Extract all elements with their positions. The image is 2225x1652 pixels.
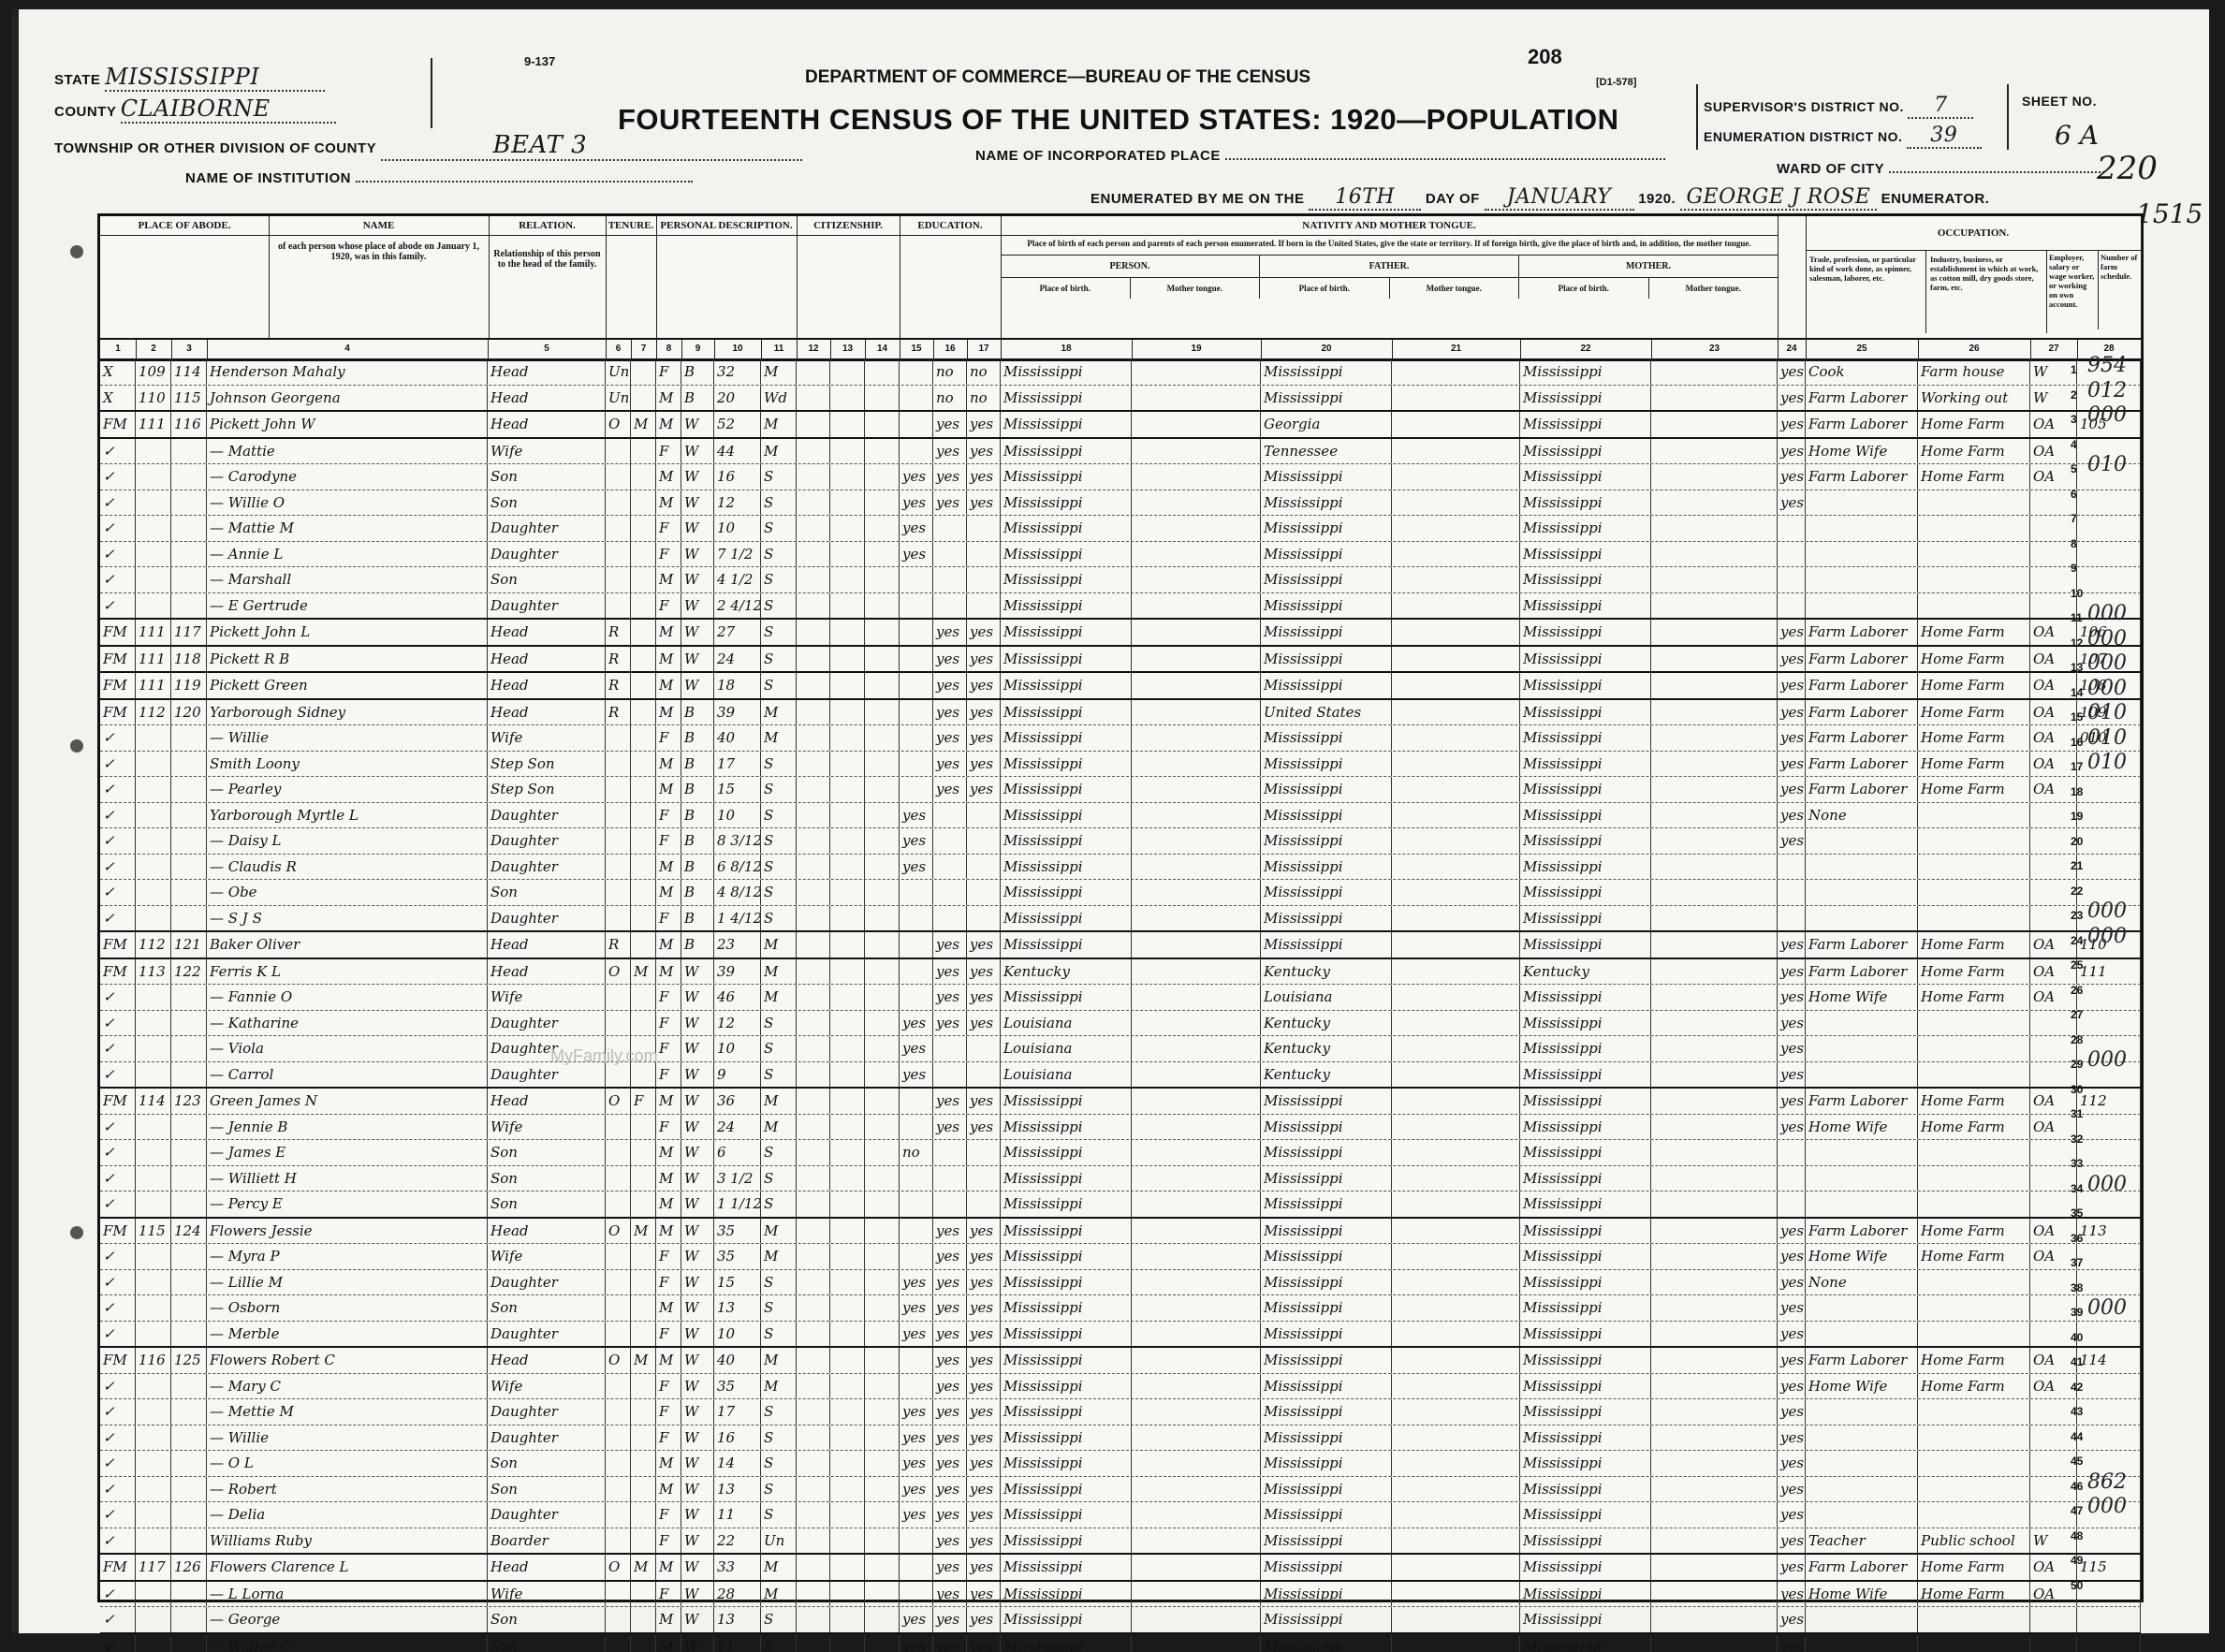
cell-mpob: Mississippi xyxy=(1520,1634,1651,1652)
cell-read: yes xyxy=(933,700,967,725)
cell-ftongue xyxy=(1392,828,1520,854)
cell-c13 xyxy=(797,1634,830,1652)
cell-mar: S xyxy=(761,855,797,880)
column-number: 26 xyxy=(1918,340,2031,358)
cell-write: yes xyxy=(967,1477,1001,1502)
cell-pob: Mississippi xyxy=(1001,1374,1132,1399)
table-row: ✓— DeliaDaughterFW11SyesyesyesMississipp… xyxy=(100,1502,2141,1528)
cell-pob: Mississippi xyxy=(1001,620,1132,645)
cell-rel: Wife xyxy=(488,725,606,751)
cell-own xyxy=(606,1322,631,1347)
department-heading: DEPARTMENT OF COMMERCE—BUREAU OF THE CEN… xyxy=(805,67,1310,88)
cell-mort xyxy=(631,985,656,1010)
cell-c14 xyxy=(830,855,865,880)
cell-read: yes xyxy=(933,932,967,958)
cell-c14 xyxy=(830,647,865,672)
cell-family xyxy=(171,1270,207,1295)
table-row: ✓— L LornaWifeFW28MyesyesMississippiMiss… xyxy=(100,1582,2141,1608)
cell-c13 xyxy=(797,1582,830,1607)
cell-sex: F xyxy=(656,906,681,931)
cell-eng xyxy=(1778,855,1806,880)
cell-name: — Osborn xyxy=(207,1295,488,1321)
cell-c15 xyxy=(865,880,900,905)
table-row: ✓— WillieDaughterFW16SyesyesyesMississip… xyxy=(100,1425,2141,1452)
cell-street: ✓ xyxy=(100,828,136,854)
cell-c14 xyxy=(830,567,865,592)
cell-mar: S xyxy=(761,1036,797,1061)
cell-ptongue xyxy=(1132,567,1261,592)
cell-ptongue xyxy=(1132,828,1261,854)
cell-mtongue xyxy=(1651,880,1778,905)
cell-ptongue xyxy=(1132,1219,1261,1244)
cell-name: — Walter C xyxy=(207,1634,488,1652)
cell-c15 xyxy=(865,412,900,437)
cell-age: 1 4/12 xyxy=(714,906,761,931)
cell-ptongue xyxy=(1132,464,1261,490)
row-number: 23 xyxy=(2071,909,2083,922)
cell-age: 6 8/12 xyxy=(714,855,761,880)
cell-write xyxy=(967,828,1001,854)
cell-mort xyxy=(631,1115,656,1140)
cell-read: yes xyxy=(933,1295,967,1321)
column-number: 5 xyxy=(488,340,607,358)
cell-fpob: Mississippi xyxy=(1261,359,1392,385)
cell-name: — Lillie M xyxy=(207,1270,488,1295)
cell-race: W xyxy=(681,1374,714,1399)
cell-c15 xyxy=(865,1244,900,1269)
table-row: ✓— GeorgeSonMW13SyesyesyesMississippiMis… xyxy=(100,1607,2141,1634)
cell-pob: Mississippi xyxy=(1001,1607,1132,1632)
cell-mort xyxy=(631,1607,656,1632)
cell-eng: yes xyxy=(1778,700,1806,725)
cell-write: yes xyxy=(967,1270,1001,1295)
cell-rel: Daughter xyxy=(488,906,606,931)
cell-fpob: Mississippi xyxy=(1261,620,1392,645)
cell-rel: Wife xyxy=(488,1582,606,1607)
cell-fpob: Mississippi xyxy=(1261,1244,1392,1269)
column-number: 18 xyxy=(1001,340,1133,358)
cell-c14 xyxy=(830,359,865,385)
cell-ftongue xyxy=(1392,1502,1520,1528)
cell-read: yes xyxy=(933,985,967,1010)
cell-family: 114 xyxy=(171,359,207,385)
cell-sch xyxy=(900,567,933,592)
column-number: 20 xyxy=(1261,340,1393,358)
cell-ftongue xyxy=(1392,1191,1520,1217)
cell-street: FM xyxy=(100,932,136,958)
cell-mort xyxy=(631,359,656,385)
cell-house xyxy=(136,1582,171,1607)
cell-ftongue xyxy=(1392,1062,1520,1088)
cell-ftongue xyxy=(1392,1451,1520,1476)
cell-own: O xyxy=(606,1348,631,1373)
cell-sex: F xyxy=(656,1115,681,1140)
cell-read: yes xyxy=(933,959,967,985)
cell-mpob: Mississippi xyxy=(1520,1244,1651,1269)
cell-ind xyxy=(1918,1477,2030,1502)
cell-trade: Farm Laborer xyxy=(1806,412,1918,437)
cell-street: ✓ xyxy=(100,1399,136,1425)
cell-street: ✓ xyxy=(100,1451,136,1476)
cell-mtongue xyxy=(1651,725,1778,751)
cell-sex: F xyxy=(656,1036,681,1061)
row-number: 11 xyxy=(2071,611,2083,624)
cell-house xyxy=(136,490,171,516)
cell-sch xyxy=(900,906,933,931)
cell-fpob: Mississippi xyxy=(1261,906,1392,931)
table-row: ✓— OsbornSonMW13SyesyesyesMississippiMis… xyxy=(100,1295,2141,1322)
cell-own xyxy=(606,803,631,828)
cell-name: Baker Oliver xyxy=(207,932,488,958)
cell-sch xyxy=(900,932,933,958)
cell-mtongue xyxy=(1651,620,1778,645)
cell-mpob: Mississippi xyxy=(1520,490,1651,516)
cell-mpob: Mississippi xyxy=(1520,464,1651,490)
cell-age: 40 xyxy=(714,725,761,751)
table-row: ✓Yarborough Myrtle LDaughterFB10SyesMiss… xyxy=(100,803,2141,829)
cell-sex: M xyxy=(656,1451,681,1476)
day-of-label: DAY OF xyxy=(1426,191,1480,207)
cell-rel: Daughter xyxy=(488,803,606,828)
cell-mtongue xyxy=(1651,1270,1778,1295)
cell-trade: Home Wife xyxy=(1806,985,1918,1010)
cell-pob: Louisiana xyxy=(1001,1036,1132,1061)
cell-c15 xyxy=(865,673,900,698)
cell-eng: yes xyxy=(1778,959,1806,985)
cell-sch: yes xyxy=(900,542,933,567)
cell-fpob: Georgia xyxy=(1261,412,1392,437)
cell-ind xyxy=(1918,880,2030,905)
table-row: ✓— Willie OSonMW12SyesyesyesMississippiM… xyxy=(100,490,2141,517)
row-number: 47 xyxy=(2071,1504,2083,1517)
column-number: 9 xyxy=(681,340,715,358)
cell-read: yes xyxy=(933,439,967,464)
cell-pob: Mississippi xyxy=(1001,828,1132,854)
cell-age: 39 xyxy=(714,700,761,725)
cell-mpob: Mississippi xyxy=(1520,620,1651,645)
cell-ftongue xyxy=(1392,1036,1520,1061)
cell-eng: yes xyxy=(1778,1374,1806,1399)
table-row: ✓— RobertSonMW13SyesyesyesMississippiMis… xyxy=(100,1477,2141,1503)
cell-mpob: Mississippi xyxy=(1520,932,1651,958)
cell-eng xyxy=(1778,542,1806,567)
cell-family xyxy=(171,567,207,592)
table-row: ✓— Myra PWifeFW35MyesyesMississippiMissi… xyxy=(100,1244,2141,1270)
cell-ptongue xyxy=(1132,777,1261,802)
cell-eng: yes xyxy=(1778,1322,1806,1347)
row-number: 9 xyxy=(2071,562,2077,575)
cell-age: 23 xyxy=(714,932,761,958)
cell-c14 xyxy=(830,1219,865,1244)
cell-sch xyxy=(900,1089,933,1114)
cell-ind: Working out xyxy=(1918,386,2030,411)
cell-mtongue xyxy=(1651,803,1778,828)
row-number: 25 xyxy=(2071,958,2083,972)
cell-house: 116 xyxy=(136,1348,171,1373)
cell-age: 10 xyxy=(714,1036,761,1061)
cell-pob: Mississippi xyxy=(1001,752,1132,777)
cell-pob: Mississippi xyxy=(1001,490,1132,516)
cell-street: ✓ xyxy=(100,1244,136,1269)
cell-house xyxy=(136,1270,171,1295)
cell-c13 xyxy=(797,1607,830,1632)
cell-mar: S xyxy=(761,1322,797,1347)
cell-farm xyxy=(2077,777,2141,802)
cell-ptongue xyxy=(1132,1036,1261,1061)
cell-write: yes xyxy=(967,777,1001,802)
cell-mort xyxy=(631,1191,656,1217)
cell-trade: Home Wife xyxy=(1806,1374,1918,1399)
cell-ind xyxy=(1918,1062,2030,1088)
cell-c13 xyxy=(797,673,830,698)
cell-age: 3 1/2 xyxy=(714,1166,761,1191)
cell-ptongue xyxy=(1132,1115,1261,1140)
cell-ptongue xyxy=(1132,359,1261,385)
cell-fpob: Mississippi xyxy=(1261,464,1392,490)
cell-rel: Son xyxy=(488,1477,606,1502)
cell-own: R xyxy=(606,647,631,672)
cell-write xyxy=(967,1140,1001,1165)
cell-c14 xyxy=(830,1036,865,1061)
cell-race: W xyxy=(681,959,714,985)
cell-own xyxy=(606,1244,631,1269)
cell-farm xyxy=(2077,1374,2141,1399)
cell-pob: Mississippi xyxy=(1001,1348,1132,1373)
cell-sch: yes xyxy=(900,1607,933,1632)
cell-c13 xyxy=(797,1477,830,1502)
cell-mar: M xyxy=(761,1219,797,1244)
cell-farm xyxy=(2077,490,2141,516)
cell-sex: F xyxy=(656,359,681,385)
header-father: FATHER. xyxy=(1260,256,1519,277)
cell-mar: M xyxy=(761,932,797,958)
cell-family: 120 xyxy=(171,700,207,725)
row-number: 28 xyxy=(2071,1033,2083,1046)
cell-mpob: Mississippi xyxy=(1520,386,1651,411)
cell-write: yes xyxy=(967,1607,1001,1632)
cell-street: ✓ xyxy=(100,880,136,905)
cell-mtongue xyxy=(1651,647,1778,672)
cell-rel: Daughter xyxy=(488,1322,606,1347)
cell-own xyxy=(606,777,631,802)
cell-write: yes xyxy=(967,1322,1001,1347)
cell-farm xyxy=(2077,516,2141,541)
cell-ftongue xyxy=(1392,725,1520,751)
cell-trade: Farm Laborer xyxy=(1806,1089,1918,1114)
cell-c15 xyxy=(865,1374,900,1399)
cell-trade xyxy=(1806,490,1918,516)
cell-name: — L Lorna xyxy=(207,1582,488,1607)
enumerated-label: ENUMERATED BY ME ON THE xyxy=(1091,191,1304,207)
cell-mpob: Mississippi xyxy=(1520,1451,1651,1476)
cell-read: yes xyxy=(933,1322,967,1347)
cell-read: yes xyxy=(933,1244,967,1269)
cell-mtongue xyxy=(1651,1322,1778,1347)
cell-read: yes xyxy=(933,1528,967,1554)
cell-c13 xyxy=(797,932,830,958)
row-number: 36 xyxy=(2071,1232,2083,1245)
cell-mtongue xyxy=(1651,1166,1778,1191)
cell-name: Pickett John L xyxy=(207,620,488,645)
cell-sch: yes xyxy=(900,1011,933,1036)
cell-fpob: Kentucky xyxy=(1261,959,1392,985)
cell-own xyxy=(606,1399,631,1425)
cell-mpob: Mississippi xyxy=(1520,1219,1651,1244)
cell-age: 52 xyxy=(714,412,761,437)
cell-read: yes xyxy=(933,1425,967,1451)
cell-street: ✓ xyxy=(100,777,136,802)
cell-eng xyxy=(1778,880,1806,905)
cell-read xyxy=(933,1036,967,1061)
cell-house: 114 xyxy=(136,1089,171,1114)
cell-mpob: Mississippi xyxy=(1520,1425,1651,1451)
cell-mort: M xyxy=(631,1555,656,1580)
cell-ind: Farm house xyxy=(1918,359,2030,385)
cell-mtongue xyxy=(1651,1528,1778,1554)
cell-name: — Willie O xyxy=(207,490,488,516)
cell-age: 17 xyxy=(714,1399,761,1425)
cell-ind xyxy=(1918,803,2030,828)
cell-mpob: Mississippi xyxy=(1520,1270,1651,1295)
cell-trade xyxy=(1806,1140,1918,1165)
cell-family xyxy=(171,828,207,854)
cell-mort xyxy=(631,1244,656,1269)
row-number: 43 xyxy=(2071,1405,2083,1418)
cell-c15 xyxy=(865,1634,900,1652)
cell-rel: Son xyxy=(488,1451,606,1476)
cell-ind: Public school xyxy=(1918,1528,2030,1554)
state-field: STATE Mississippi xyxy=(54,64,325,92)
cell-rel: Head xyxy=(488,1219,606,1244)
cell-c14 xyxy=(830,1062,865,1088)
cell-c13 xyxy=(797,567,830,592)
column-number: 14 xyxy=(865,340,900,358)
cell-own: Un xyxy=(606,359,631,385)
row-number: 39 xyxy=(2071,1306,2083,1319)
cell-family: 121 xyxy=(171,932,207,958)
cell-sch xyxy=(900,1244,933,1269)
cell-c14 xyxy=(830,1295,865,1321)
cell-mtongue xyxy=(1651,1089,1778,1114)
cell-ind xyxy=(1918,1011,2030,1036)
cell-mpob: Mississippi xyxy=(1520,673,1651,698)
cell-ind xyxy=(1918,542,2030,567)
cell-rel: Head xyxy=(488,359,606,385)
cell-mpob: Mississippi xyxy=(1520,1582,1651,1607)
cell-mtongue xyxy=(1651,1348,1778,1373)
cell-mort xyxy=(631,620,656,645)
punch-hole xyxy=(70,739,83,753)
cell-family: 119 xyxy=(171,673,207,698)
cell-read xyxy=(933,1166,967,1191)
cell-ind xyxy=(1918,1322,2030,1347)
cell-c14 xyxy=(830,959,865,985)
cell-pob: Mississippi xyxy=(1001,567,1132,592)
cell-mar: S xyxy=(761,828,797,854)
cell-street: ✓ xyxy=(100,1425,136,1451)
cell-c14 xyxy=(830,673,865,698)
cell-read xyxy=(933,542,967,567)
cell-sch: yes xyxy=(900,516,933,541)
margin-code: 012 xyxy=(2087,379,2127,402)
cell-c13 xyxy=(797,1451,830,1476)
cell-mort xyxy=(631,1425,656,1451)
table-row: ✓— CarrolDaughterFW9SyesLouisianaKentuck… xyxy=(100,1062,2141,1089)
cell-mtongue xyxy=(1651,359,1778,385)
cell-family xyxy=(171,1502,207,1528)
cell-c15 xyxy=(865,906,900,931)
cell-fpob: Mississippi xyxy=(1261,725,1392,751)
cell-ptongue xyxy=(1132,1582,1261,1607)
cell-farm: 111 xyxy=(2077,959,2141,985)
cell-eng: yes xyxy=(1778,1528,1806,1554)
cell-age: 10 xyxy=(714,1322,761,1347)
margin-code: 000 xyxy=(2087,1495,2127,1518)
cell-mtongue xyxy=(1651,464,1778,490)
cell-eng: yes xyxy=(1778,1582,1806,1607)
cell-age: 15 xyxy=(714,1270,761,1295)
cell-write: yes xyxy=(967,1502,1001,1528)
cell-ptongue xyxy=(1132,803,1261,828)
cell-eng xyxy=(1778,593,1806,619)
cell-street: ✓ xyxy=(100,855,136,880)
sheet-number-value: 6 A xyxy=(2055,120,2099,151)
cell-ftongue xyxy=(1392,593,1520,619)
cell-mtongue xyxy=(1651,1634,1778,1652)
cell-race: W xyxy=(681,1502,714,1528)
table-row: FM112120Yarborough SidneyHeadRMB39Myesye… xyxy=(100,700,2141,726)
cell-mtongue xyxy=(1651,959,1778,985)
cell-c14 xyxy=(830,1348,865,1373)
column-number: 25 xyxy=(1806,340,1919,358)
margin-code: 000 xyxy=(2087,677,2127,700)
cell-age: 9 xyxy=(714,1062,761,1088)
cell-sex: F xyxy=(656,1399,681,1425)
cell-ftongue xyxy=(1392,1295,1520,1321)
cell-ind xyxy=(1918,1425,2030,1451)
cell-mort xyxy=(631,1477,656,1502)
cell-ftongue xyxy=(1392,1219,1520,1244)
cell-house xyxy=(136,1634,171,1652)
cell-own: Un xyxy=(606,386,631,411)
cell-mpob: Mississippi xyxy=(1520,777,1651,802)
cell-pob: Mississippi xyxy=(1001,725,1132,751)
cell-age: 35 xyxy=(714,1219,761,1244)
cell-write: yes xyxy=(967,959,1001,985)
cell-fpob: Mississippi xyxy=(1261,1089,1392,1114)
cell-pob: Mississippi xyxy=(1001,1295,1132,1321)
margin-code: 000 xyxy=(2087,925,2127,948)
cell-house xyxy=(136,567,171,592)
cell-mpob: Mississippi xyxy=(1520,985,1651,1010)
cell-name: — Merble xyxy=(207,1322,488,1347)
cell-age: 46 xyxy=(714,985,761,1010)
cell-pob: Louisiana xyxy=(1001,1011,1132,1036)
cell-rel: Son xyxy=(488,1166,606,1191)
cell-c14 xyxy=(830,906,865,931)
cell-age: 13 xyxy=(714,1477,761,1502)
cell-pob: Mississippi xyxy=(1001,985,1132,1010)
cell-sex: F xyxy=(656,542,681,567)
cell-age: 11 xyxy=(714,1502,761,1528)
cell-mort xyxy=(631,1582,656,1607)
cell-street: ✓ xyxy=(100,516,136,541)
cell-mort: M xyxy=(631,412,656,437)
cell-c13 xyxy=(797,828,830,854)
cell-own xyxy=(606,1528,631,1554)
cell-eng: yes xyxy=(1778,1348,1806,1373)
cell-farm xyxy=(2077,855,2141,880)
